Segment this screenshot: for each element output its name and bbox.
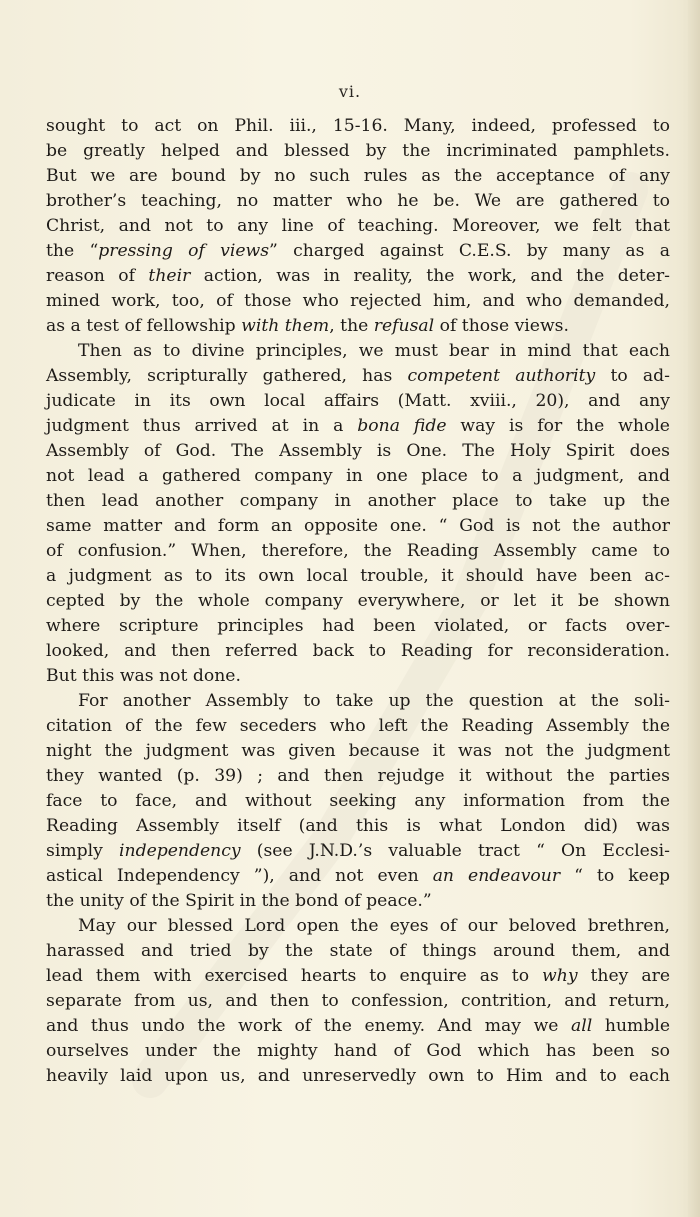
text-run: , the <box>329 316 374 336</box>
text-line: reason of their action, was in reality, … <box>46 264 670 289</box>
text-run: of those views. <box>434 316 569 336</box>
text-line: Christ, and not to any line of teaching.… <box>46 214 670 239</box>
text-line: they wanted (p. 39) ; and then rejudge i… <box>46 764 670 789</box>
text-run: and thus undo the work of the enemy. And… <box>46 1016 571 1036</box>
text-run: face to face, and without seeking any in… <box>46 791 670 811</box>
text-run: where scripture principles had been viol… <box>46 616 670 636</box>
text-line: where scripture principles had been viol… <box>46 614 670 639</box>
text-run: brother’s teaching, no matter who he be.… <box>46 191 670 211</box>
text-line: Assembly of God. The Assembly is One. Th… <box>46 439 670 464</box>
italic-emphasis: bona fide <box>357 416 446 436</box>
text-run: ourselves under the mighty hand of God w… <box>46 1041 670 1061</box>
text-line: simply independency (see J.N.D.’s valuab… <box>46 839 670 864</box>
text-run: heavily laid upon us, and unreservedly o… <box>46 1066 670 1086</box>
text-run: they wanted (p. 39) ; and then rejudge i… <box>46 766 670 786</box>
body-text: sought to act on Phil. iii., 15-16. Many… <box>46 114 670 1089</box>
text-run: Assembly, scripturally gathered, has <box>46 366 408 386</box>
text-line: brother’s teaching, no matter who he be.… <box>46 189 670 214</box>
text-run: Christ, and not to any line of teaching.… <box>46 216 670 236</box>
paragraph: May our blessed Lord open the eyes of ou… <box>46 914 670 1089</box>
text-run: For another Assembly to take up the ques… <box>78 691 670 711</box>
scanned-page: vi. sought to act on Phil. iii., 15-16. … <box>0 0 700 1217</box>
text-run: But we are bound by no such rules as the… <box>46 166 670 186</box>
text-line: For another Assembly to take up the ques… <box>46 689 670 714</box>
text-line: Reading Assembly itself (and this is wha… <box>46 814 670 839</box>
text-line: May our blessed Lord open the eyes of ou… <box>46 914 670 939</box>
text-line: the “pressing of views” charged against … <box>46 239 670 264</box>
text-run: “ to keep <box>560 866 670 886</box>
italic-emphasis: their <box>148 266 190 286</box>
text-run: (see J.N.D.’s valuable tract “ On Eccles… <box>241 841 670 861</box>
text-run: the unity of the Spirit in the bond of p… <box>46 891 432 911</box>
text-line: judgment thus arrived at in a bona fide … <box>46 414 670 439</box>
text-line: heavily laid upon us, and unreservedly o… <box>46 1064 670 1089</box>
text-run: looked, and then referred back to Readin… <box>46 641 670 661</box>
text-line: as a test of fellowship with them, the r… <box>46 314 670 339</box>
text-run: Assembly of God. The Assembly is One. Th… <box>46 441 670 461</box>
text-run: Reading Assembly itself (and this is wha… <box>46 816 670 836</box>
paragraph: sought to act on Phil. iii., 15-16. Many… <box>46 114 670 339</box>
text-run: separate from us, and then to confession… <box>46 991 670 1011</box>
text-line: same matter and form an opposite one. “ … <box>46 514 670 539</box>
page-number: vi. <box>0 82 700 101</box>
text-run: sought to act on Phil. iii., 15-16. Many… <box>46 116 670 136</box>
text-run: then lead another company in another pla… <box>46 491 670 511</box>
paragraph: For another Assembly to take up the ques… <box>46 689 670 914</box>
text-line: lead them with exercised hearts to enqui… <box>46 964 670 989</box>
text-line: citation of the few seceders who left th… <box>46 714 670 739</box>
text-run: not lead a gathered company in one place… <box>46 466 670 486</box>
italic-emphasis: why <box>542 966 578 986</box>
text-line: face to face, and without seeking any in… <box>46 789 670 814</box>
italic-emphasis: independency <box>119 841 241 861</box>
text-run: action, was in reality, the work, and th… <box>190 266 670 286</box>
text-run: the “ <box>46 241 98 261</box>
italic-emphasis: an endeavour <box>433 866 560 886</box>
text-run: But this was not done. <box>46 666 241 686</box>
text-line: of confusion.” When, therefore, the Read… <box>46 539 670 564</box>
text-run: of confusion.” When, therefore, the Read… <box>46 541 670 561</box>
text-line: astical Independency ”), and not even an… <box>46 864 670 889</box>
text-run: May our blessed Lord open the eyes of ou… <box>78 916 670 936</box>
text-line: be greatly helped and blessed by the inc… <box>46 139 670 164</box>
text-line: Assembly, scripturally gathered, has com… <box>46 364 670 389</box>
text-line: and thus undo the work of the enemy. And… <box>46 1014 670 1039</box>
text-run: lead them with exercised hearts to enqui… <box>46 966 542 986</box>
text-line: night the judgment was given because it … <box>46 739 670 764</box>
text-run: to ad- <box>595 366 670 386</box>
text-line: then lead another company in another pla… <box>46 489 670 514</box>
text-run: they are <box>578 966 670 986</box>
text-line: looked, and then referred back to Readin… <box>46 639 670 664</box>
text-line: the unity of the Spirit in the bond of p… <box>46 889 670 914</box>
text-run: reason of <box>46 266 148 286</box>
text-line: But this was not done. <box>46 664 670 689</box>
text-run: astical Independency ”), and not even <box>46 866 433 886</box>
text-line: separate from us, and then to confession… <box>46 989 670 1014</box>
text-run: a judgment as to its own local trouble, … <box>46 566 670 586</box>
text-run: judicate in its own local affairs (Matt.… <box>46 391 670 411</box>
text-line: sought to act on Phil. iii., 15-16. Many… <box>46 114 670 139</box>
text-run: simply <box>46 841 119 861</box>
italic-emphasis: all <box>571 1016 592 1036</box>
text-line: a judgment as to its own local trouble, … <box>46 564 670 589</box>
italic-emphasis: refusal <box>374 316 434 336</box>
text-run: same matter and form an opposite one. “ … <box>46 516 670 536</box>
text-run: as a test of fellowship <box>46 316 241 336</box>
text-run: harassed and tried by the state of thing… <box>46 941 670 961</box>
text-line: Then as to divine principles, we must be… <box>46 339 670 364</box>
text-line: judicate in its own local affairs (Matt.… <box>46 389 670 414</box>
text-line: harassed and tried by the state of thing… <box>46 939 670 964</box>
italic-emphasis: with them <box>241 316 329 336</box>
text-run: Then as to divine principles, we must be… <box>78 341 670 361</box>
italic-emphasis: pressing of views <box>98 241 269 261</box>
text-run: judgment thus arrived at in a <box>46 416 357 436</box>
text-line: mined work, too, of those who rejected h… <box>46 289 670 314</box>
text-run: humble <box>592 1016 670 1036</box>
text-run: be greatly helped and blessed by the inc… <box>46 141 670 161</box>
page-edge-shadow <box>688 0 700 1217</box>
text-line: not lead a gathered company in one place… <box>46 464 670 489</box>
text-run: ” charged against C.E.S. by many as a <box>269 241 670 261</box>
text-line: But we are bound by no such rules as the… <box>46 164 670 189</box>
text-run: way is for the whole <box>447 416 670 436</box>
text-line: cepted by the whole company everywhere, … <box>46 589 670 614</box>
text-run: cepted by the whole company everywhere, … <box>46 591 670 611</box>
italic-emphasis: competent authority <box>408 366 596 386</box>
text-run: mined work, too, of those who rejected h… <box>46 291 670 311</box>
text-line: ourselves under the mighty hand of God w… <box>46 1039 670 1064</box>
text-run: night the judgment was given because it … <box>46 741 670 761</box>
paragraph: Then as to divine principles, we must be… <box>46 339 670 689</box>
text-run: citation of the few seceders who left th… <box>46 716 670 736</box>
